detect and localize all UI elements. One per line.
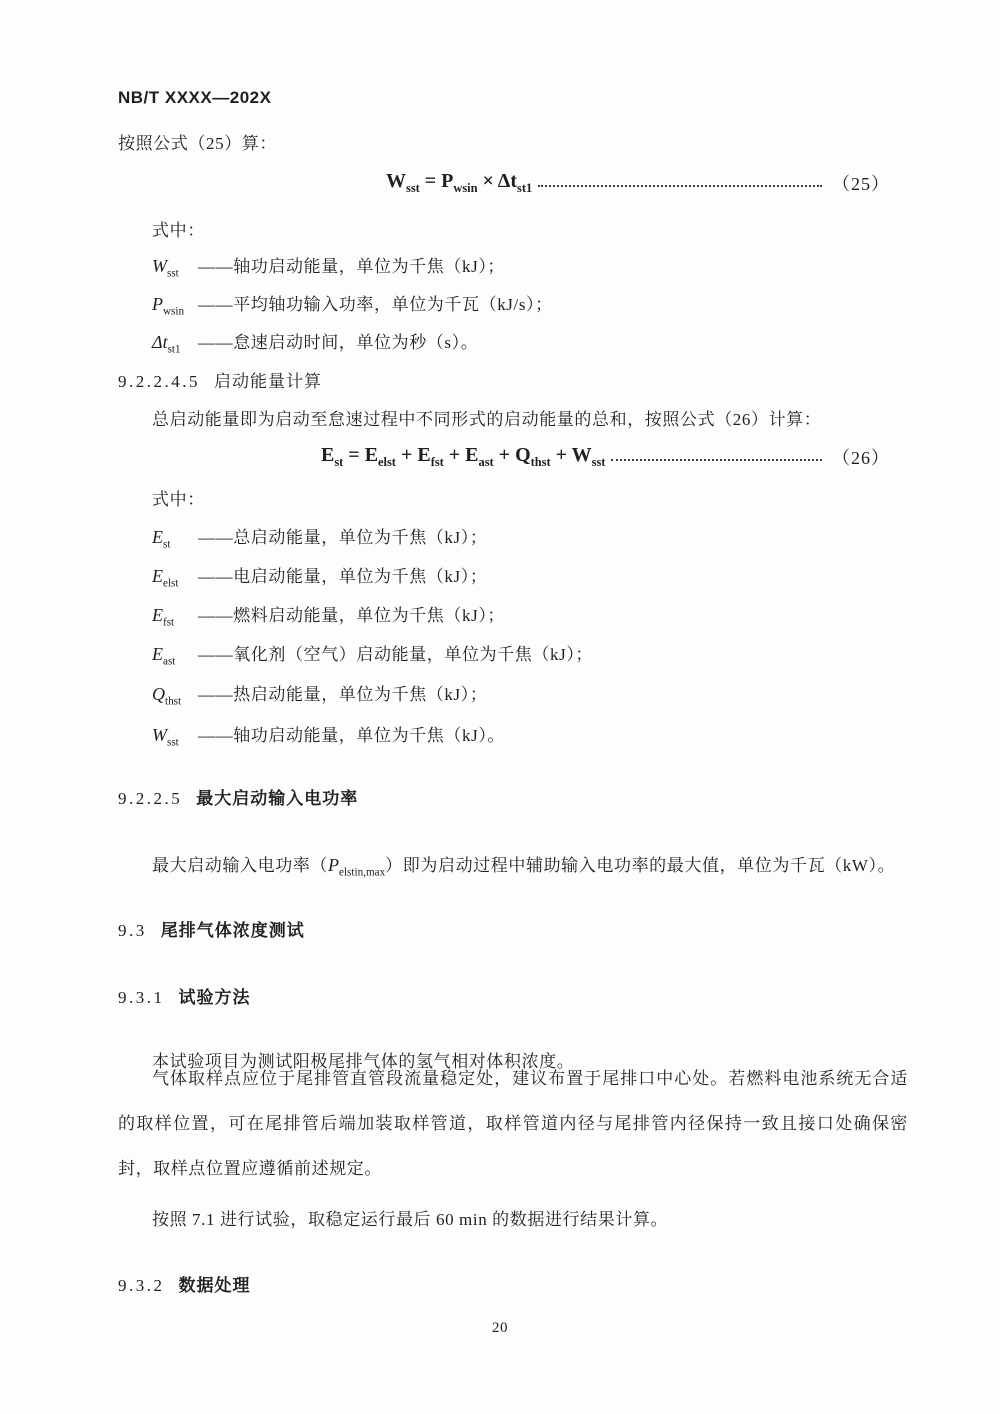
section-heading-9-2-2-4-5: 9.2.2.4.5启动能量计算 <box>118 367 322 392</box>
symbol: Wsst <box>152 725 198 749</box>
formula-legend-label: 式中： <box>152 485 205 510</box>
symbol: Eelst <box>152 566 198 590</box>
formula-term: + East <box>444 444 494 470</box>
definition-row: Pwsin——平均轴功输入功率，单位为千瓦（kJ/s）； <box>152 290 553 318</box>
formula-26: Est = Eelst + Efst + East + Qthst + Wsst… <box>118 444 890 470</box>
symbol: Wsst <box>152 256 198 280</box>
dot-leader <box>611 459 822 461</box>
formula-term: + Efst <box>396 444 444 470</box>
symbol: Pwsin <box>152 294 198 318</box>
paragraph-test-procedure: 按照 7.1 进行试验，取稳定运行最后 60 min 的数据进行结果计算。 <box>152 1205 668 1230</box>
paragraph-max-start-power: 最大启动输入电功率（Pelstin,max）即为启动过程中辅助输入电功率的最大值… <box>152 851 895 879</box>
symbol-description: ——热启动能量，单位为千焦（kJ）； <box>198 685 487 704</box>
formula-term: = Pwsin <box>420 170 478 196</box>
section-title: 启动能量计算 <box>214 372 322 391</box>
symbol-description: ——轴功启动能量，单位为千焦（kJ）； <box>198 257 505 276</box>
section-number: 9.3.2 <box>118 1276 165 1295</box>
formula-term: + Wsst <box>551 444 606 470</box>
section-heading-9-3-1: 9.3.1试验方法 <box>118 983 251 1008</box>
formula-term: × Δtst1 <box>478 170 533 196</box>
section-title: 尾排气体浓度测试 <box>161 921 305 940</box>
symbol: Efst <box>152 605 198 629</box>
page-number: 20 <box>0 1320 1000 1337</box>
section-number: 9.2.2.5 <box>118 789 182 808</box>
symbol-description: ——总启动能量，单位为千焦（kJ）； <box>198 528 487 547</box>
definition-row: Eelst——电启动能量，单位为千焦（kJ）； <box>152 562 487 590</box>
section-number: 9.3 <box>118 921 147 940</box>
formula-25: Wsst = Pwsin × Δtst1 （25） <box>118 170 890 196</box>
intro-line: 按照公式（25）算： <box>118 129 277 154</box>
section-number: 9.2.2.4.5 <box>118 372 200 391</box>
section-title: 试验方法 <box>179 988 251 1007</box>
definition-row: Efst——燃料启动能量，单位为千焦（kJ）； <box>152 601 505 629</box>
symbol-description: ——轴功启动能量，单位为千焦（kJ）。 <box>198 726 505 745</box>
symbol: East <box>152 644 198 668</box>
definition-row: Wsst——轴功启动能量，单位为千焦（kJ）。 <box>152 721 505 749</box>
formula-legend-label: 式中： <box>152 216 205 241</box>
section-title: 最大启动输入电功率 <box>196 789 358 808</box>
paragraph-formula26-intro: 总启动能量即为启动至怠速过程中不同形式的启动能量的总和，按照公式（26）计算： <box>152 405 821 430</box>
formula-term: + Qthst <box>494 444 551 470</box>
dot-leader <box>538 185 822 187</box>
formula-term: = Eelst <box>343 444 396 470</box>
section-heading-9-3: 9.3尾排气体浓度测试 <box>118 916 305 941</box>
definition-row: East——氧化剂（空气）启动能量，单位为千焦（kJ）； <box>152 640 593 668</box>
standard-number-header: NB/T XXXX—202X <box>118 88 271 108</box>
formula-term: Wsst <box>386 170 420 196</box>
symbol: Est <box>152 527 198 551</box>
symbol: Pelstin,max <box>328 855 385 875</box>
definition-row: Qthst——热启动能量，单位为千焦（kJ）； <box>152 680 487 708</box>
symbol-description: ——氧化剂（空气）启动能量，单位为千焦（kJ）； <box>198 645 593 664</box>
paragraph-text: 最大启动输入电功率（ <box>152 856 328 875</box>
definition-row: Δtst1——怠速启动时间，单位为秒（s）。 <box>152 328 478 356</box>
paragraph-text: ）即为启动过程中辅助输入电功率的最大值，单位为千瓦（kW）。 <box>385 856 895 875</box>
symbol: Δtst1 <box>152 332 198 356</box>
formula-term: Est <box>321 444 343 470</box>
definition-row: Est——总启动能量，单位为千焦（kJ）； <box>152 523 487 551</box>
symbol: Qthst <box>152 684 198 708</box>
formula-number: （26） <box>832 444 890 470</box>
symbol-description: ——平均轴功输入功率，单位为千瓦（kJ/s）； <box>198 295 553 314</box>
formula-number: （25） <box>832 170 890 196</box>
document-page: NB/T XXXX—202X 按照公式（25）算： Wsst = Pwsin ×… <box>0 0 1000 1414</box>
section-heading-9-2-2-5: 9.2.2.5最大启动输入电功率 <box>118 784 358 809</box>
symbol-description: ——怠速启动时间，单位为秒（s）。 <box>198 333 478 352</box>
section-number: 9.3.1 <box>118 988 165 1007</box>
symbol-description: ——电启动能量，单位为千焦（kJ）； <box>198 567 487 586</box>
section-heading-9-3-2: 9.3.2数据处理 <box>118 1271 251 1296</box>
definition-row: Wsst——轴功启动能量，单位为千焦（kJ）； <box>152 252 505 280</box>
paragraph-sampling-point: 气体取样点应位于尾排管直管段流量稳定处，建议布置于尾排口中心处。若燃料电池系统无… <box>118 1056 908 1191</box>
symbol-description: ——燃料启动能量，单位为千焦（kJ）； <box>198 606 505 625</box>
section-title: 数据处理 <box>179 1276 251 1295</box>
